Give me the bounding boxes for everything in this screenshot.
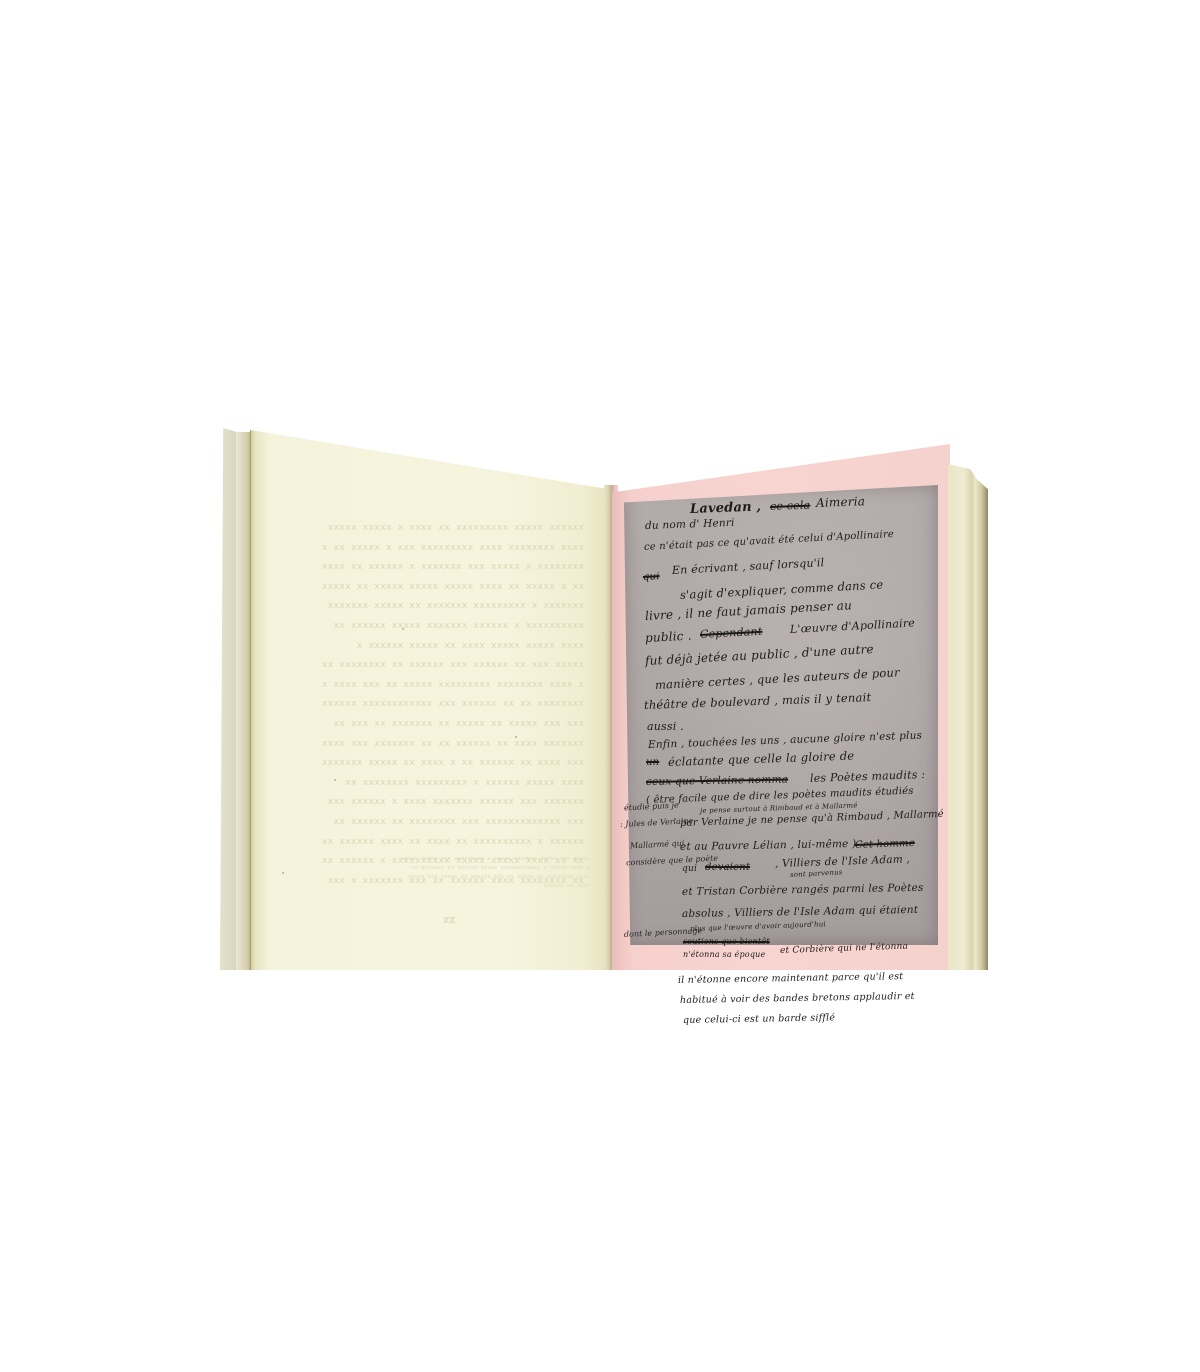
bleed-through-line: xxx xxxx xx xxxxxx xx x xxxx xx xxxxx xx… <box>322 753 584 773</box>
manuscript-line: qui <box>682 864 697 874</box>
bleed-through-footnote-line: xxxx xx xxxxxx <box>400 882 590 891</box>
bleed-through-footnote-line: xxxxx xxx xxxxx xxxxxxx xxxxx x xxxxxxxx… <box>400 855 590 864</box>
bleed-through-line: xxxxxx x xxxxxxxxxx xx xxxx xx xxxx xxxx… <box>322 832 584 852</box>
paper-speck <box>282 872 284 874</box>
manuscript-line: habitué à voir des bandes bretons applau… <box>680 991 915 1006</box>
paper-speck <box>334 779 336 781</box>
bleed-through-line: xxxxxxxx xx xx xxxxxx xxx xxxxxxxxxxxx x… <box>322 694 584 714</box>
bleed-through-line: xx x xxxxx xx xxxx xxxxx xxxxx xxxxx xx … <box>322 577 584 597</box>
bleed-through-line: xxxxxxx xxxx xx xxxxxx xx xx xxxxxxx xxx… <box>322 734 584 754</box>
bleed-through-footnote-line: xxxx xxxxxxxx xx xxxxx xx xxx xxxxxx xx … <box>400 873 590 882</box>
bleed-through-line: x xxxx xxxxxxxx xxxxxxxxx xxxxx xx xxx x… <box>322 675 584 695</box>
book-page-block-edges <box>948 464 988 970</box>
bleed-through-line: xxxx xxxxx xxxxx xxxx xx xxxxx xxxxxx x <box>322 636 584 656</box>
manuscript-line: un <box>646 757 659 768</box>
manuscript-facsimile-plate <box>624 485 938 945</box>
manuscript-line: soutiens que bientôt <box>683 937 770 946</box>
manuscript-line: devaient <box>705 862 750 873</box>
paper-speck <box>515 736 517 738</box>
bleed-through-line: xxxx xxxxxxxx xxxx xxxxxxxxx xxx x xxxxx… <box>322 538 584 558</box>
manuscript-line: il n'étonne encore maintenant parce qu'i… <box>678 971 903 986</box>
manuscript-line: ce cela <box>770 499 811 513</box>
bleed-through-line: xxxxxxxxxx x xxxxxx xxxxxxx xxxxx xxxxxx… <box>322 616 584 636</box>
bleed-through-line: xxxxxxx x xxxxxxxxx xxxxxxx xx xxxxx xxx… <box>322 596 584 616</box>
bleed-through-line: xxxxx xxx xx xxxxxx xxx xxxxxx xx xxxxxx… <box>322 655 584 675</box>
manuscript-line: Lavedan , <box>690 500 762 517</box>
bleed-through-line: xxxxxx xxxxx xxxxxxxxx xx xxxx x xxxxx x… <box>322 518 584 538</box>
bleed-through-line: xxxx xxxxx xxxxxx x xxxxxxxxx xxxxxxxx x… <box>322 773 584 793</box>
manuscript-line: aussi . <box>647 720 684 733</box>
bleed-through-line: xxx xxxxxxxxxxxxx xxx xxxxxxxx xx xxxxxx… <box>322 812 584 832</box>
bleed-through-footnote-line: x xxxx xxxxx x xxxxxxxxxxxx xxxxx xxxxxx… <box>400 864 590 873</box>
manuscript-line: qui <box>643 571 660 583</box>
left-page-bleed-through-footnote: xxxxx xxx xxxxx xxxxxxx xxxxx x xxxxxxxx… <box>400 855 590 891</box>
left-page-bleed-through-text: xxxxxx xxxxx xxxxxxxxx xx xxxx x xxxxx x… <box>322 518 584 890</box>
open-book: xxxxxx xxxxx xxxxxxxxx xx xxxx x xxxxx x… <box>0 0 1200 1372</box>
manuscript-line: n'étonna sa époque <box>683 950 765 959</box>
paper-speck <box>402 628 404 630</box>
manuscript-line: que celui-ci est un barde sifflé <box>683 1012 835 1026</box>
bleed-through-line: xxxxxxx xxx xxxxxx xxxxxxx xxxx x xxxxxx… <box>322 792 584 812</box>
left-page-bleed-through-folio: xx <box>443 913 455 926</box>
manuscript-line: Cet homme <box>855 838 915 851</box>
manuscript-line: Aimeria <box>816 494 866 510</box>
manuscript-line: ceux que Verlaine nomma <box>646 774 788 788</box>
manuscript-line: public . <box>645 629 692 645</box>
bleed-through-line: xxxxxxxx x xxxxx xxx xxxxxxx x xxxxxx xx… <box>322 557 584 577</box>
bleed-through-line: xxx xxx xxxxx xx xxxxx xx xxxxxxx xx xxx… <box>322 714 584 734</box>
